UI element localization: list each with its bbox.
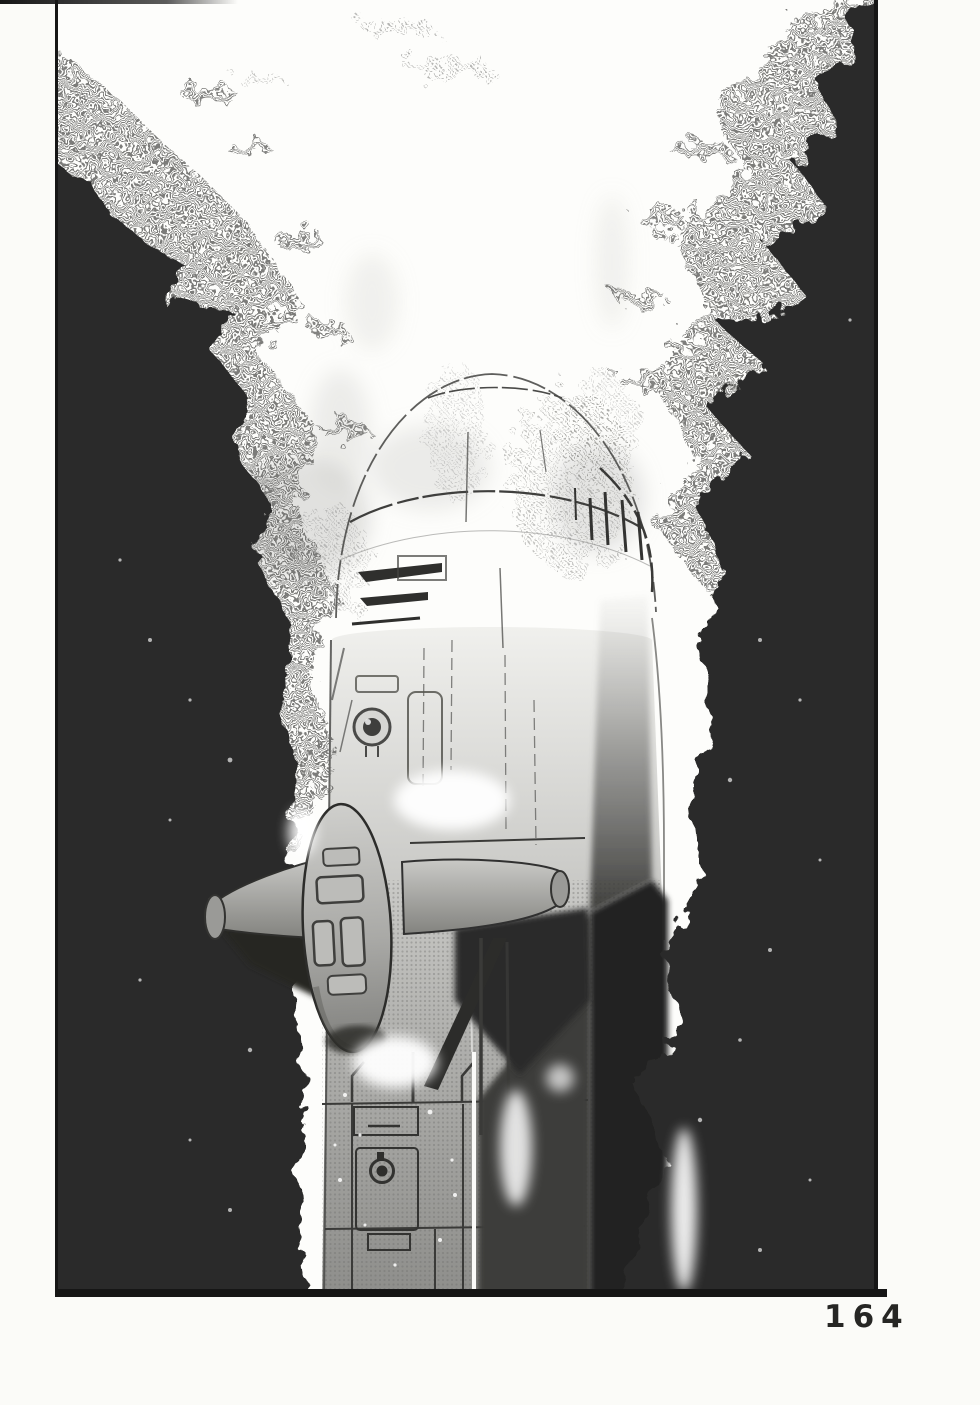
frame-top	[0, 0, 238, 4]
panel-artwork	[40, 0, 900, 1310]
hull-highlight	[472, 1052, 476, 1295]
page-number: 164	[824, 1299, 914, 1335]
frame-bottom	[55, 1289, 887, 1297]
frame-right	[874, 0, 878, 1292]
manga-page: 164	[0, 0, 980, 1405]
frame-left	[55, 0, 58, 1295]
panel-illustration	[0, 0, 980, 1405]
